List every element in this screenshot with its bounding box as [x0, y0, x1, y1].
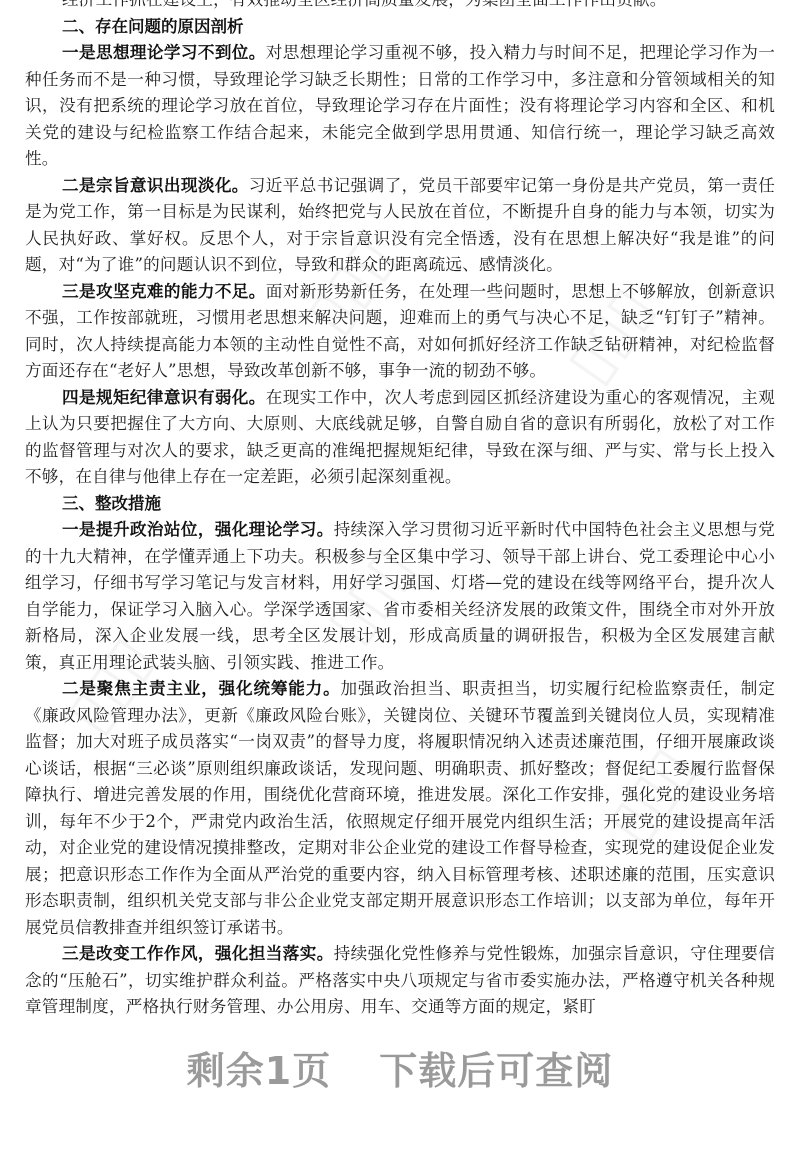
- paragraph-lead: 一是思想理论学习不到位。: [62, 43, 266, 62]
- section-heading-causes: 二、存在问题的原因剖析: [25, 14, 775, 41]
- download-prompt[interactable]: 剩余1页下载后可查阅: [0, 1040, 800, 1095]
- paragraph-lead: 一是提升政治站位，强化理论学习。: [62, 520, 334, 539]
- paragraph: 四是规矩纪律意识有弱化。在现实工作中，次人考虑到园区抓经济建设为重心的客观情况，…: [25, 385, 775, 491]
- remaining-pages-label: 剩余1页: [187, 1049, 331, 1093]
- paragraph: 三是改变工作作风，强化担当落实。持续强化党性修养与党性锻炼，加强宗旨意识，守住理…: [25, 941, 775, 1021]
- paragraph-lead: 四是规矩纪律意识有弱化。: [62, 388, 266, 407]
- paragraph-lead: 二是宗旨意识出现淡化。: [62, 176, 249, 195]
- cut-off-line: 经济工作抓在建设上，有效推动全区经济高质量发展，为集团全面工作作出贡献。: [25, 0, 775, 14]
- paragraph-lead: 三是改变工作作风，强化担当落实。: [62, 944, 334, 963]
- paragraph: 一是思想理论学习不到位。对思想理论学习重视不够，投入精力与时间不足，把理论学习作…: [25, 40, 775, 173]
- paragraph-lead: 二是聚焦主责主业，强化统筹能力。: [62, 679, 340, 698]
- paragraph: 二是聚焦主责主业，强化统筹能力。加强政治担当、职责担当，切实履行纪检监察责任，制…: [25, 676, 775, 941]
- section-heading-measures: 三、整改措施: [25, 491, 775, 518]
- paragraph: 一是提升政治站位，强化理论学习。持续深入学习贯彻习近平新时代中国特色社会主义思想…: [25, 517, 775, 676]
- download-hint-label: 下载后可查阅: [379, 1049, 613, 1093]
- paragraph: 三是攻坚克难的能力不足。面对新形势新任务，在处理一些问题时，思想上不够解放，创新…: [25, 279, 775, 385]
- paragraph: 二是宗旨意识出现淡化。习近平总书记强调了，党员干部要牢记第一身份是共产党员，第一…: [25, 173, 775, 279]
- paragraph-text: 加强政治担当、职责担当，切实履行纪检监察责任，制定《廉政风险管理办法》，更新《廉…: [25, 679, 775, 937]
- paragraph-text: 持续深入学习贯彻习近平新时代中国特色社会主义思想与党的十九大精神，在学懂弄通上下…: [25, 520, 775, 672]
- document-page: ▯▯▯ ▯▯▯ ▯▯▯ ▯▯▯ ▯▯▯ 经济工作抓在建设上，有效推动全区经济高质…: [0, 0, 800, 1151]
- paragraph-lead: 三是攻坚克难的能力不足。: [62, 282, 266, 301]
- document-body: 经济工作抓在建设上，有效推动全区经济高质量发展，为集团全面工作作出贡献。 二、存…: [25, 0, 775, 1021]
